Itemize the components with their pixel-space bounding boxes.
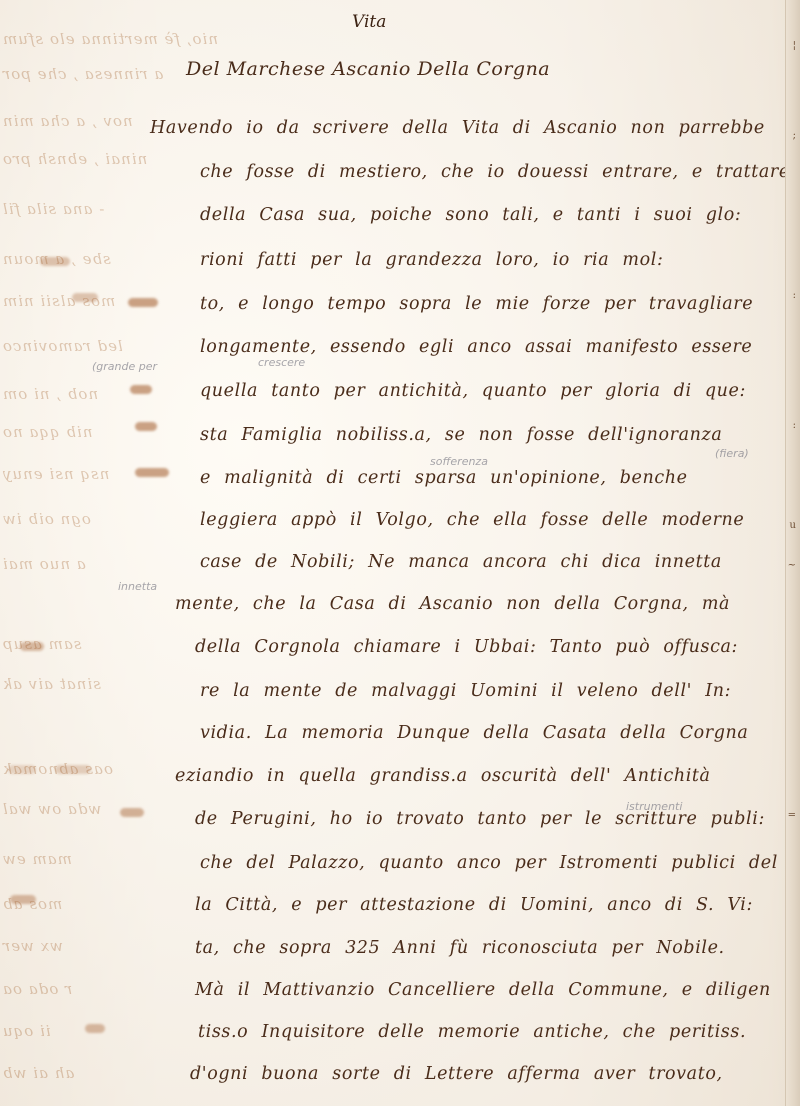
manuscript-line: della Corgnola chiamare i Ubbai: Tanto p…: [195, 637, 738, 657]
manuscript-line: rioni fatti per la grandezza loro, io ri…: [200, 250, 663, 270]
manuscript-line: tiss.o Inquisitore delle memorie antiche…: [198, 1022, 746, 1042]
manuscript-line: vidia. La memoria Dunque della Casata de…: [200, 723, 748, 743]
manuscript-line: che del Palazzo, quanto anco per Istrome…: [200, 853, 778, 873]
bleed-through-text: nib qqa no: [2, 423, 92, 441]
bleed-through-text: nsq nsi enuy: [2, 465, 109, 483]
ink-blot: [120, 808, 144, 817]
bleed-through-text: nov , a cha min: [2, 112, 133, 130]
pencil-annotation: (fiera): [715, 447, 749, 460]
ink-blot: [135, 422, 157, 431]
manuscript-line: ta, che sopra 325 Anni fù riconosciuta p…: [195, 938, 725, 958]
manuscript-line: la Città, e per attestazione di Uomini, …: [195, 895, 753, 915]
manuscript-line: che fosse di mestiero, che io douessi en…: [200, 162, 790, 182]
bleed-through-text: wx wer: [2, 937, 63, 955]
bleed-through-text: mam ew: [2, 850, 72, 868]
manuscript-line: quella tanto per antichità, quanto per g…: [200, 381, 746, 401]
bleed-through-text: - ana sila fil: [2, 200, 104, 218]
manuscript-line: sta Famiglia nobiliss.a, se non fosse de…: [200, 425, 722, 445]
bleed-through-text: nio, fè mertinna elo sfum: [2, 30, 218, 48]
manuscript-line: eziandio in quella grandiss.a oscurità d…: [175, 766, 711, 786]
bleed-through-text: nob , ni om: [2, 385, 98, 403]
ink-blot: [40, 257, 70, 266]
bleed-through-text: mos alsii nim: [2, 292, 115, 310]
manuscript-line: longamente, essendo egli anco assai mani…: [200, 337, 752, 357]
pencil-annotation: istrumenti: [626, 800, 682, 813]
pencil-annotation: sofferenza: [430, 455, 488, 468]
ink-blot: [135, 468, 169, 477]
manuscript-line: to, e longo tempo sopra le mie forze per…: [200, 294, 753, 314]
bleed-through-text: a nuo mai: [2, 555, 86, 573]
ink-blot: [130, 385, 152, 394]
ink-blot: [128, 298, 158, 307]
manuscript-line: Mà il Mattivanzio Cancelliere della Comm…: [195, 980, 771, 1000]
ink-blot: [8, 765, 36, 774]
bleed-through-text: ii oqu: [2, 1022, 51, 1040]
page-gutter-edge: ¦ ; : : u ~ =: [785, 0, 800, 1106]
ink-blot: [85, 1024, 105, 1033]
bleed-through-text: a rinnesa , che por: [2, 65, 163, 83]
bleed-through-text: ninai , ebnsh pro: [2, 150, 147, 168]
ink-blot: [20, 642, 44, 651]
bleed-through-text: wda ow wal: [2, 800, 101, 818]
bleed-through-text: r oda oa: [2, 980, 72, 998]
pencil-annotation: (grande per: [92, 360, 157, 373]
manuscript-line: mente, che la Casa di Ascanio non della …: [175, 594, 730, 614]
manuscript-line: re la mente de malvaggi Uomini il veleno…: [200, 681, 731, 701]
bleed-through-text: ah ai wb: [2, 1064, 74, 1082]
manuscript-line: d'ogni buona sorte di Lettere afferma av…: [190, 1064, 723, 1084]
pencil-annotation: crescere: [258, 356, 305, 369]
left-margin-bleed-through: nio, fè mertinna elo sfuma rinnesa , che…: [0, 0, 200, 1106]
ink-blot: [55, 765, 91, 774]
manuscript-page: nio, fè mertinna elo sfuma rinnesa , che…: [0, 0, 800, 1106]
bleed-through-text: led ramovinco: [2, 337, 123, 355]
manuscript-title: Vita: [352, 12, 386, 32]
manuscript-line: e malignità di certi sparsa un'opinione,…: [200, 468, 688, 488]
bleed-through-text: sinat aiv ak: [2, 675, 101, 693]
ink-blot: [10, 895, 36, 904]
ink-blot: [72, 293, 98, 302]
bleed-through-text: ogn oib iw: [2, 510, 91, 528]
manuscript-line: leggiera appò il Volgo, che ella fosse d…: [200, 510, 744, 530]
manuscript-line: case de Nobili; Ne manca ancora chi dica…: [200, 552, 722, 572]
pencil-annotation: innetta: [118, 580, 157, 593]
manuscript-subtitle: Del Marchese Ascanio Della Corgna: [186, 58, 550, 80]
manuscript-line: Havendo io da scrivere della Vita di Asc…: [150, 118, 765, 138]
manuscript-line: della Casa sua, poiche sono tali, e tant…: [200, 205, 741, 225]
